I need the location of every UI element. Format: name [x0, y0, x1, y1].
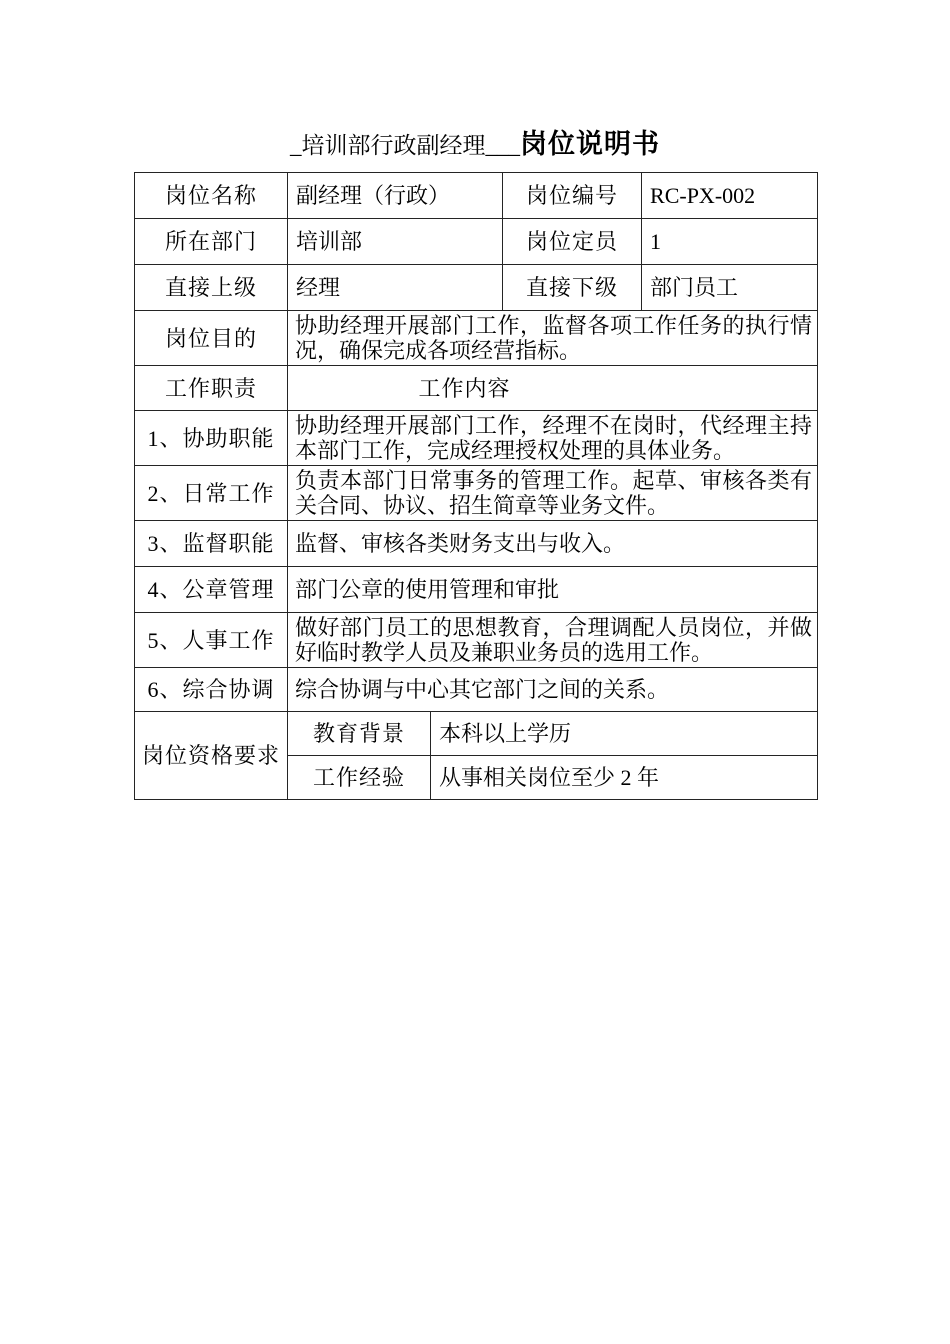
- table-row: 岗位名称 副经理（行政） 岗位编号 RC-PX-002: [135, 173, 818, 219]
- duty-content: 综合协调与中心其它部门之间的关系。: [288, 668, 818, 712]
- document-title: _培训部行政副经理___岗位说明书: [0, 126, 950, 167]
- duty-label: 1、协助职能: [135, 411, 288, 466]
- duty-content: 监督、审核各类财务支出与收入。: [288, 521, 818, 567]
- duty-content: 协助经理开展部门工作，经理不在岗时，代经理主持本部门工作，完成经理授权处理的具体…: [288, 411, 818, 466]
- duty-label: 4、公章管理: [135, 567, 288, 613]
- position-name-label: 岗位名称: [135, 173, 288, 219]
- subordinate-value: 部门员工: [642, 265, 818, 311]
- department-label: 所在部门: [135, 219, 288, 265]
- table-row: 岗位目的 协助经理开展部门工作，监督各项工作任务的执行情况，确保完成各项经营指标…: [135, 311, 818, 366]
- duties-header-label: 工作职责: [135, 366, 288, 411]
- job-description-table: 岗位名称 副经理（行政） 岗位编号 RC-PX-002 所在部门 培训部 岗位定…: [134, 172, 818, 800]
- duties-header-content: 工作内容: [288, 366, 818, 411]
- superior-label: 直接上级: [135, 265, 288, 311]
- subordinate-label: 直接下级: [503, 265, 642, 311]
- headcount-label: 岗位定员: [503, 219, 642, 265]
- duty-row: 4、公章管理 部门公章的使用管理和审批: [135, 567, 818, 613]
- table-row: 工作职责 工作内容: [135, 366, 818, 411]
- duty-row: 5、人事工作 做好部门员工的思想教育，合理调配人员岗位，并做好临时教学人员及兼职…: [135, 613, 818, 668]
- experience-label: 工作经验: [288, 756, 431, 800]
- table-row: 所在部门 培训部 岗位定员 1: [135, 219, 818, 265]
- duty-content: 负责本部门日常事务的管理工作。起草、审核各类有关合同、协议、招生简章等业务文件。: [288, 466, 818, 521]
- title-doc-type: 岗位说明书: [520, 129, 660, 159]
- duty-label: 2、日常工作: [135, 466, 288, 521]
- table-row: 直接上级 经理 直接下级 部门员工: [135, 265, 818, 311]
- duty-label: 5、人事工作: [135, 613, 288, 668]
- duty-label: 6、综合协调: [135, 668, 288, 712]
- position-name-value: 副经理（行政）: [288, 173, 503, 219]
- purpose-label: 岗位目的: [135, 311, 288, 366]
- position-code-label: 岗位编号: [503, 173, 642, 219]
- duty-row: 3、监督职能 监督、审核各类财务支出与收入。: [135, 521, 818, 567]
- qualification-row: 岗位资格要求 教育背景 本科以上学历: [135, 712, 818, 756]
- experience-value: 从事相关岗位至少 2 年: [431, 756, 818, 800]
- duty-row: 6、综合协调 综合协调与中心其它部门之间的关系。: [135, 668, 818, 712]
- position-code-value: RC-PX-002: [642, 173, 818, 219]
- superior-value: 经理: [288, 265, 503, 311]
- document-page: _培训部行政副经理___岗位说明书 岗位名称 副经理（行政） 岗位编号 RC-P…: [0, 0, 950, 1344]
- duty-row: 1、协助职能 协助经理开展部门工作，经理不在岗时，代经理主持本部门工作，完成经理…: [135, 411, 818, 466]
- title-position-text: _培训部行政副经理___: [290, 133, 520, 158]
- education-label: 教育背景: [288, 712, 431, 756]
- duty-label: 3、监督职能: [135, 521, 288, 567]
- purpose-content: 协助经理开展部门工作，监督各项工作任务的执行情况，确保完成各项经营指标。: [288, 311, 818, 366]
- department-value: 培训部: [288, 219, 503, 265]
- duty-content: 部门公章的使用管理和审批: [288, 567, 818, 613]
- duty-content: 做好部门员工的思想教育，合理调配人员岗位，并做好临时教学人员及兼职业务员的选用工…: [288, 613, 818, 668]
- qualification-label: 岗位资格要求: [135, 712, 288, 800]
- education-value: 本科以上学历: [431, 712, 818, 756]
- duty-row: 2、日常工作 负责本部门日常事务的管理工作。起草、审核各类有关合同、协议、招生简…: [135, 466, 818, 521]
- headcount-value: 1: [642, 219, 818, 265]
